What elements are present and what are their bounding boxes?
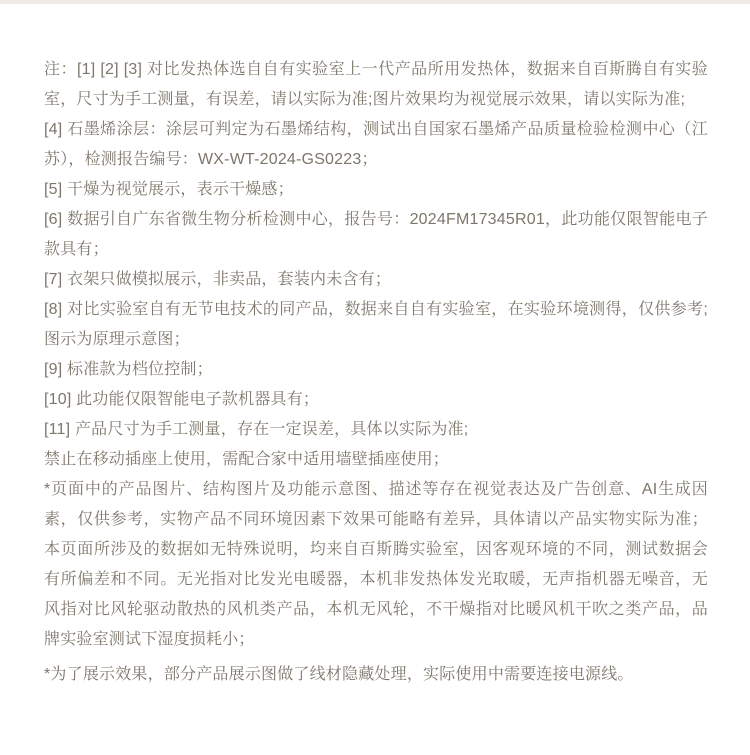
- note-paragraph: [6] 数据引自广东省微生物分析检测中心，报告号：2024FM17345R01，…: [44, 205, 708, 265]
- product-disclaimer-notes: 注：[1] [2] [3] 对比发热体选自自有实验室上一代产品所用发热体，数据来…: [44, 55, 708, 690]
- note-paragraph: 注：[1] [2] [3] 对比发热体选自自有实验室上一代产品所用发热体，数据来…: [44, 55, 708, 115]
- note-paragraph: *为了展示效果，部分产品展示图做了线材隐藏处理，实际使用中需要连接电源线。: [44, 660, 708, 690]
- note-paragraph: [11] 产品尺寸为手工测量，存在一定误差，具体以实际为准;: [44, 415, 708, 445]
- note-paragraph: [4] 石墨烯涂层：涂层可判定为石墨烯结构，测试出自国家石墨烯产品质量检验检测中…: [44, 115, 708, 175]
- note-paragraph: [10] 此功能仅限智能电子款机器具有；: [44, 385, 708, 415]
- page-top-strip: [0, 0, 750, 4]
- note-paragraph: *页面中的产品图片、结构图片及功能示意图、描述等存在视觉表达及广告创意、AI生成…: [44, 475, 708, 655]
- note-paragraph: [9] 标准款为档位控制；: [44, 355, 708, 385]
- note-paragraph: [5] 干燥为视觉展示，表示干燥感；: [44, 175, 708, 205]
- note-paragraph: [7] 衣架只做模拟展示，非卖品，套装内未含有；: [44, 265, 708, 295]
- note-paragraph: [8] 对比实验室自有无节电技术的同产品，数据来自自有实验室，在实验环境测得，仅…: [44, 295, 708, 355]
- note-paragraph: 禁止在移动插座上使用，需配合家中适用墙壁插座使用；: [44, 445, 708, 475]
